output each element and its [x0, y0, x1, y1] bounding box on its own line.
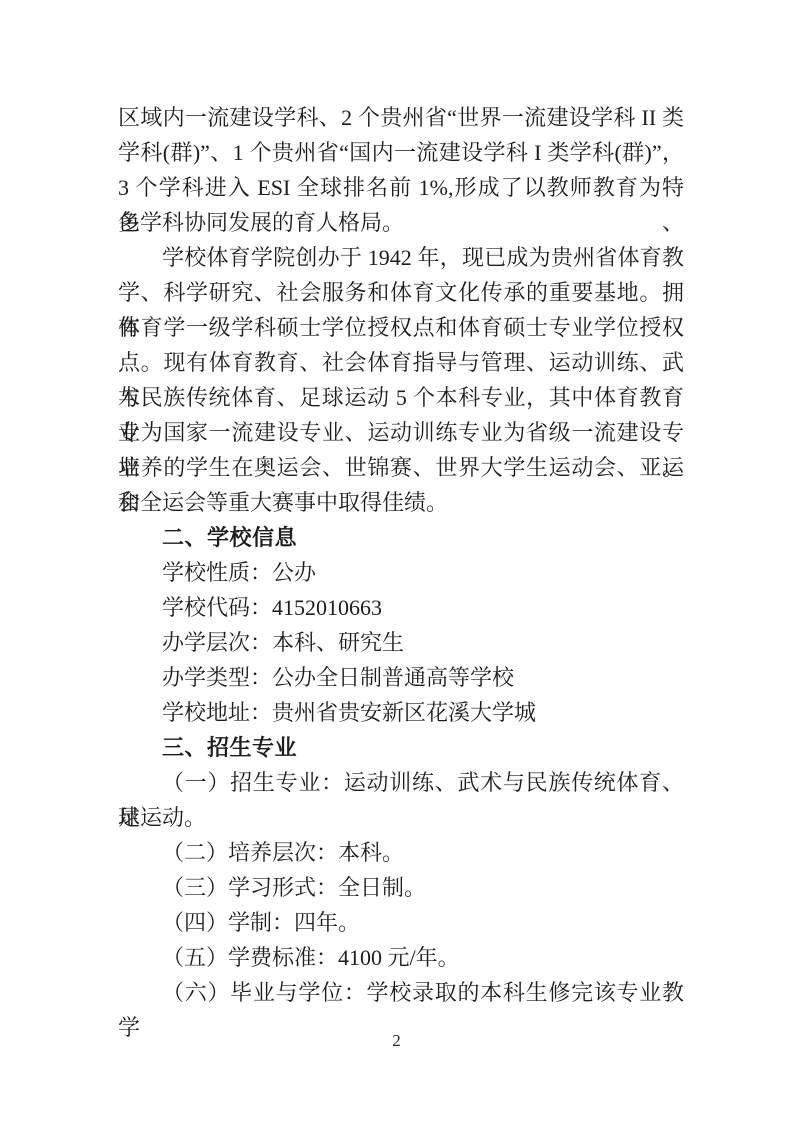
list-item-tuition: （五）学费标准：4100 元/年。	[118, 940, 684, 975]
document-body: 区域内一流建设学科、2 个贵州省“世界一流建设学科 II 类 学科(群)”、1 …	[118, 100, 684, 1010]
list-item-degree: （六）毕业与学位：学校录取的本科生修完该专业教学	[118, 975, 684, 1010]
info-line-levels: 办学层次：本科、研究生	[118, 625, 684, 660]
paragraph-line: 3 个学科进入 ESI 全球排名前 1%,形成了以教师教育为特色、	[118, 170, 684, 205]
info-line-address: 学校地址：贵州省贵安新区花溪大学城	[118, 695, 684, 730]
paragraph-line: 与民族传统体育、足球运动 5 个本科专业，其中体育教育专	[118, 380, 684, 415]
paragraph-line: 业为国家一流建设专业、运动训练专业为省级一流建设专业。	[118, 415, 684, 450]
info-line-nature: 学校性质：公办	[118, 555, 684, 590]
list-item-form: （三）学习形式：全日制。	[118, 870, 684, 905]
paragraph-line: 点。现有体育教育、社会体育指导与管理、运动训练、武术	[118, 345, 684, 380]
paragraph-line: 和全运会等重大赛事中取得佳绩。	[118, 485, 684, 520]
list-item-majors-line: （一）招生专业：运动训练、武术与民族传统体育、足	[118, 765, 684, 800]
section-heading-majors: 三、招生专业	[118, 730, 684, 765]
paragraph-line: 体育学一级学科硕士学位授权点和体育硕士专业学位授权	[118, 310, 684, 345]
paragraph-line: 培养的学生在奥运会、世锦赛、世界大学生运动会、亚运会	[118, 450, 684, 485]
section-heading-school-info: 二、学校信息	[118, 520, 684, 555]
paragraph-line: 学科(群)”、1 个贵州省“国内一流建设学科 I 类学科(群)”，	[118, 135, 684, 170]
list-item-majors-line: 球运动。	[118, 800, 684, 835]
paragraph-line: 区域内一流建设学科、2 个贵州省“世界一流建设学科 II 类	[118, 100, 684, 135]
page-number: 2	[0, 1031, 793, 1051]
paragraph-line: 学校体育学院创办于 1942 年，现已成为贵州省体育教	[118, 240, 684, 275]
info-line-code: 学校代码：4152010663	[118, 590, 684, 625]
list-item-duration: （四）学制：四年。	[118, 905, 684, 940]
list-item-level: （二）培养层次：本科。	[118, 835, 684, 870]
document-page: 区域内一流建设学科、2 个贵州省“世界一流建设学科 II 类 学科(群)”、1 …	[0, 0, 793, 1122]
info-line-type: 办学类型：公办全日制普通高等学校	[118, 660, 684, 695]
paragraph-line: 学、科学研究、社会服务和体育文化传承的重要基地。拥有	[118, 275, 684, 310]
